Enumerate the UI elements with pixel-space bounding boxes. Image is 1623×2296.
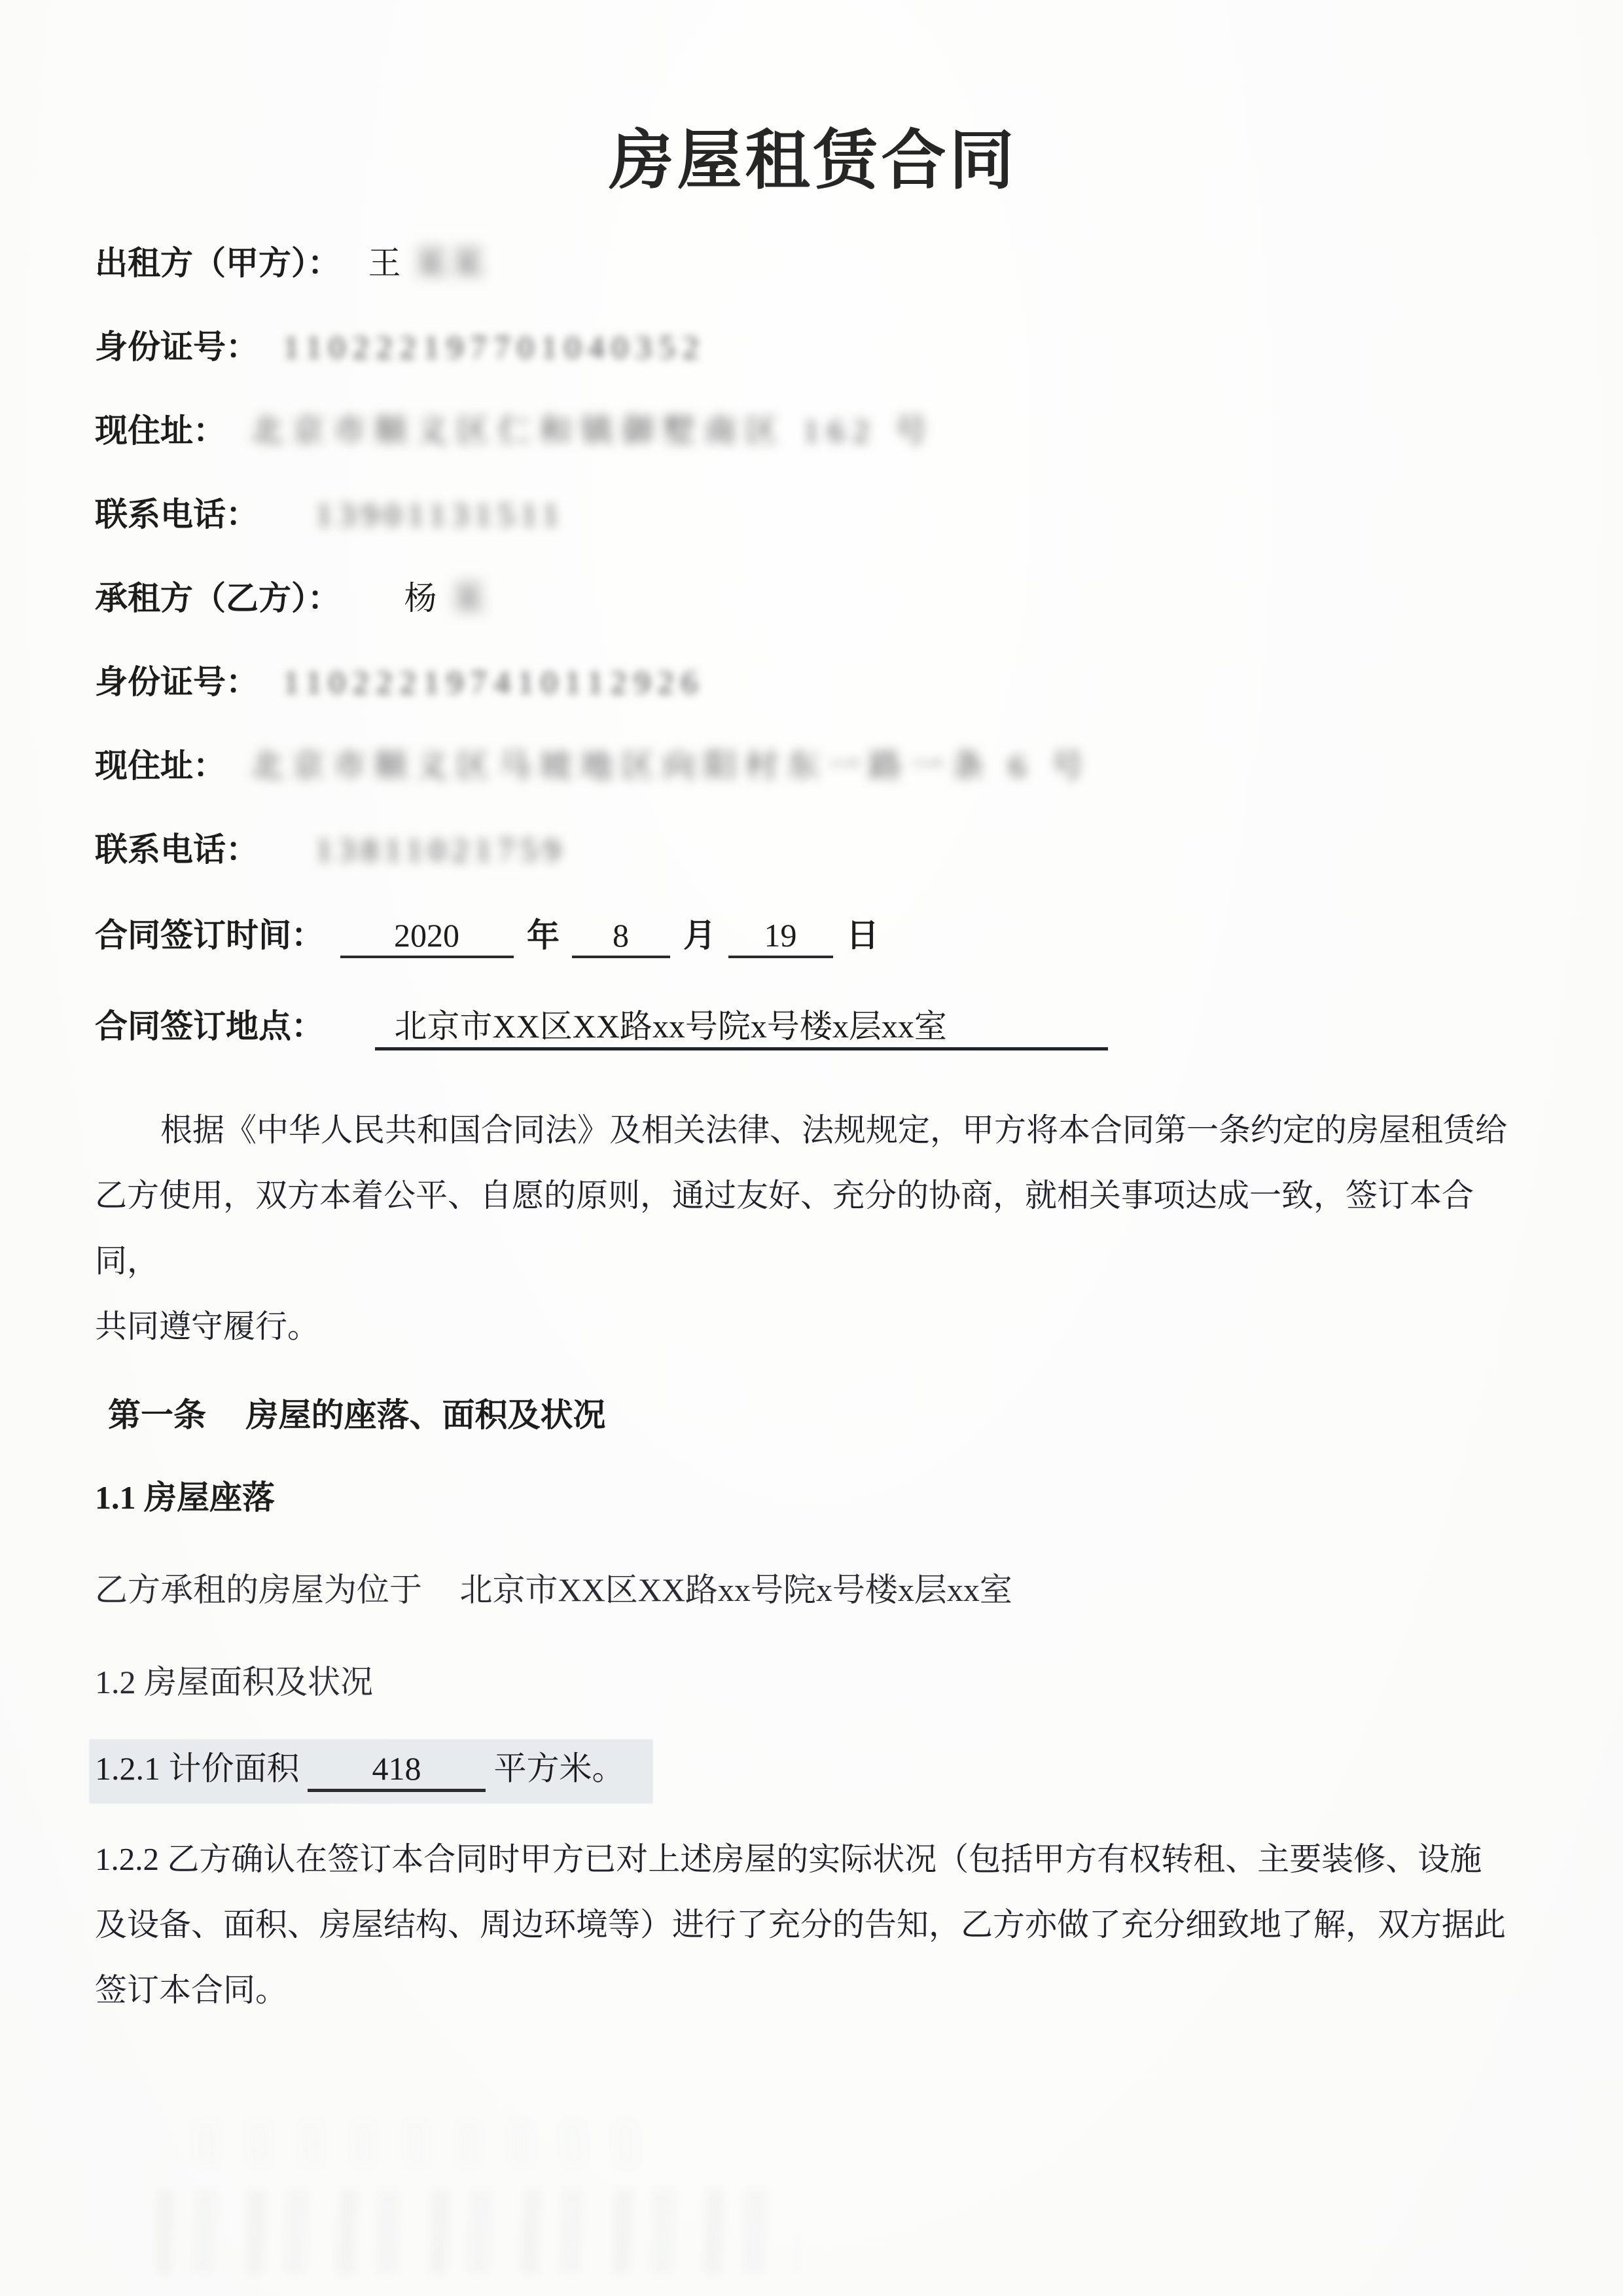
clause-1-2-1-suffix: 平方米。 bbox=[494, 1750, 625, 1787]
clause-1-2-1-prefix: 1.2.1 计价面积 bbox=[95, 1750, 300, 1787]
article-1-title: 房屋的座落、面积及状况 bbox=[246, 1397, 606, 1433]
premises-prefix: 乙方承租的房屋为位于 bbox=[95, 1571, 422, 1608]
lessor-id-redacted: 110222197701040352 bbox=[283, 329, 706, 365]
lessor-address-row: 现住址： 北京市顺义区仁和镇御墅南区 162 号 bbox=[95, 412, 1531, 449]
article-1-number: 第一条 bbox=[108, 1397, 206, 1433]
day-unit-label: 日 bbox=[846, 917, 879, 954]
lessee-address-redacted: 北京市顺义区马坡地区向阳村东一路一条 6 号 bbox=[251, 747, 1092, 784]
lessor-id-row: 身份证号： 110222197701040352 bbox=[95, 329, 1531, 365]
signing-month-field: 8 bbox=[572, 915, 670, 958]
signing-day-field: 19 bbox=[728, 915, 833, 958]
area-value-field: 418 bbox=[308, 1748, 486, 1792]
lessor-address-label: 现住址： bbox=[95, 412, 226, 449]
month-unit-label: 月 bbox=[683, 917, 716, 954]
signing-date-label: 合同签订时间： bbox=[95, 917, 324, 954]
lessee-id-label: 身份证号： bbox=[95, 664, 259, 700]
article-1-heading: 第一条 房屋的座落、面积及状况 bbox=[108, 1397, 1531, 1433]
signing-date-row: 合同签订时间： 2020 年 8 月 19 日 bbox=[95, 915, 1531, 958]
premises-address: 北京市XX区XX路xx号院x号楼x层xx室 bbox=[460, 1571, 1012, 1608]
lessee-address-label: 现住址： bbox=[95, 747, 226, 784]
clause-1-1-heading: 1.1 房屋座落 bbox=[95, 1479, 1531, 1516]
rented-premises-line: 乙方承租的房屋为位于 北京市XX区XX路xx号院x号楼x层xx室 bbox=[95, 1571, 1531, 1608]
clause-1-2-1-highlighted: 1.2.1 计价面积 418 平方米。 bbox=[90, 1740, 652, 1803]
lessor-label: 出租方（甲方）： bbox=[95, 245, 340, 281]
lessor-phone-label: 联系电话： bbox=[95, 496, 259, 533]
lessor-surname: 王 bbox=[368, 245, 401, 281]
lessee-name-redacted: 某 bbox=[452, 580, 487, 617]
lessee-id-redacted: 110222197410112926 bbox=[283, 664, 705, 700]
lessee-phone-label: 联系电话： bbox=[95, 831, 259, 868]
lessor-id-label: 身份证号： bbox=[95, 329, 259, 365]
lessee-id-row: 身份证号： 110222197410112926 bbox=[95, 664, 1531, 700]
lessee-surname: 杨 bbox=[404, 580, 437, 617]
signing-place-row: 合同签订地点： 北京市XX区XX路xx号院x号楼x层xx室 bbox=[95, 1005, 1531, 1050]
lessee-address-row: 现住址： 北京市顺义区马坡地区向阳村东一路一条 6 号 bbox=[95, 747, 1531, 784]
clause-1-2-2-paragraph: 1.2.2 乙方确认在签订本合同时甲方已对上述房屋的实际状况（包括甲方有权转租、… bbox=[95, 1827, 1531, 2023]
page-bleedthrough-noise bbox=[157, 2189, 798, 2274]
intro-paragraph: 根据《中华人民共和国合同法》及相关法律、法规规定，甲方将本合同第一条约定的房屋租… bbox=[95, 1098, 1531, 1359]
signing-place-label: 合同签订地点： bbox=[95, 1008, 324, 1045]
page-bleedthrough-noise-upper bbox=[196, 2121, 654, 2166]
lessor-phone-row: 联系电话： 13901131511 bbox=[95, 496, 1531, 533]
signing-place-field: 北京市XX区XX路xx号院x号楼x层xx室 bbox=[375, 1005, 1108, 1050]
document-title: 房屋租赁合同 bbox=[95, 119, 1531, 204]
lessor-name-redacted: 某某 bbox=[414, 245, 488, 281]
rental-contract-page: 房屋租赁合同 出租方（甲方）： 王 某某 身份证号： 1102221977010… bbox=[0, 0, 1623, 2296]
clause-1-2-heading: 1.2 房屋面积及状况 bbox=[95, 1664, 1531, 1700]
lessor-address-redacted: 北京市顺义区仁和镇御墅南区 162 号 bbox=[251, 412, 936, 449]
lessee-phone-row: 联系电话： 13811021759 bbox=[95, 831, 1531, 868]
lessor-phone-redacted: 13901131511 bbox=[316, 496, 565, 533]
year-unit-label: 年 bbox=[527, 917, 560, 954]
lessee-phone-redacted: 13811021759 bbox=[316, 831, 567, 868]
signing-year-field: 2020 bbox=[340, 915, 514, 958]
lessee-label: 承租方（乙方）： bbox=[95, 580, 340, 617]
lessor-name-row: 出租方（甲方）： 王 某某 bbox=[95, 245, 1531, 281]
lessee-name-row: 承租方（乙方）： 杨 某 bbox=[95, 580, 1531, 617]
